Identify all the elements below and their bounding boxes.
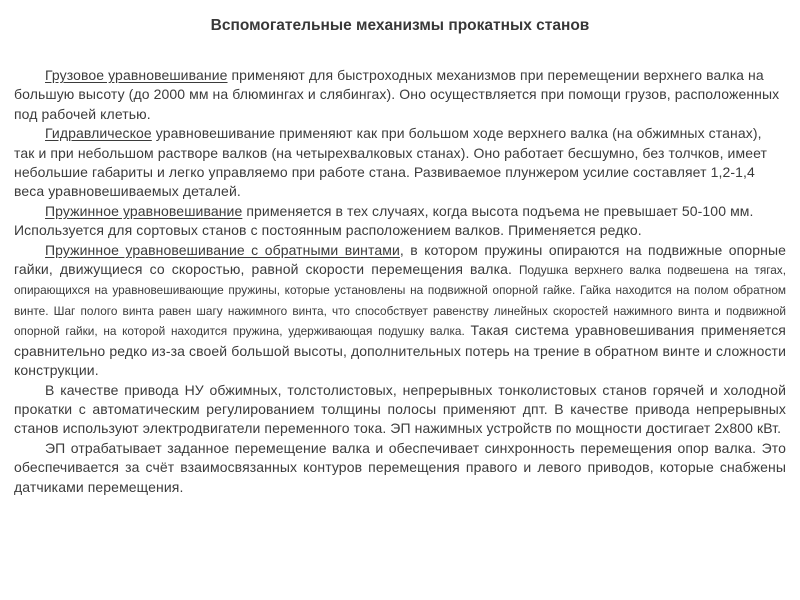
page-title: Вспомогательные механизмы прокатных стан… xyxy=(14,17,786,35)
paragraph-gidravlicheskoe: Гидравлическое уравновешивание применяют… xyxy=(14,124,786,202)
paragraph-ep-peremeshchenie: ЭП отрабатывает заданное перемещение вал… xyxy=(14,439,786,497)
paragraph-privod-stanov: В качестве привода НУ обжимных, толстоли… xyxy=(14,381,786,439)
paragraph-pruzhinnoe-s-obratnymi-vintami: Пружинное уравновешивание с обратными ви… xyxy=(14,241,786,381)
underlined-term: Пружинное уравновешивание xyxy=(45,203,242,219)
text-run: В качестве привода НУ обжимных, толстоли… xyxy=(14,382,786,437)
underlined-term: Пружинное уравновешивание с обратными ви… xyxy=(45,242,400,258)
document-page: Вспомогательные механизмы прокатных стан… xyxy=(0,0,800,600)
paragraph-gruzovoe-uravnoveshivanie: Грузовое уравновешивание применяют для б… xyxy=(14,66,786,124)
text-run: ЭП отрабатывает заданное перемещение вал… xyxy=(14,440,786,495)
underlined-term: Грузовое уравновешивание xyxy=(45,67,228,83)
underlined-term: Гидравлическое xyxy=(45,125,152,141)
paragraph-pruzhinnoe: Пружинное уравновешивание применяется в … xyxy=(14,202,786,241)
